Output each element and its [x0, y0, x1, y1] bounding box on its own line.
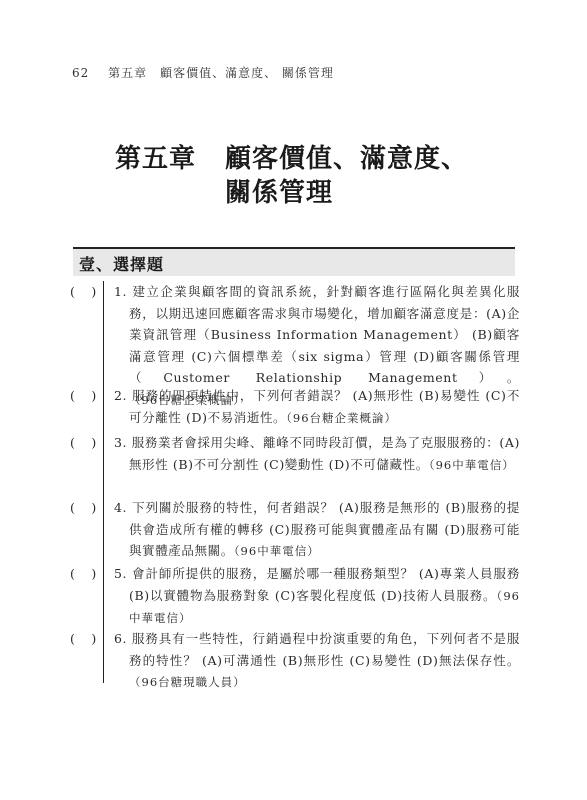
question-body: 3. 服務業者會採用尖峰、離峰不同時段訂價，是為了克服服務的：(A)無形性 (B…: [114, 432, 520, 476]
running-header: 62 第五章 顧客價值、滿意度、 關係管理: [72, 64, 334, 81]
question-number: 1.: [114, 284, 127, 299]
question-source: （96中華電信）: [234, 544, 320, 558]
question-number: 6.: [114, 631, 127, 646]
answer-blank[interactable]: ( ): [70, 628, 98, 650]
question-text: 下列關於服務的特性，何者錯誤？ (A)服務是無形的 (B)服務的提供會造成所有權…: [129, 500, 520, 558]
chapter-number: 第五章: [115, 142, 225, 176]
question-body: 5. 會計師所提供的服務，是屬於哪一種服務類型？ (A)專業人員服務 (B)以實…: [114, 563, 520, 630]
question-body: 2. 服務的四項特性中，下列何者錯誤？ (A)無形性 (B)易變性 (C)不可分…: [114, 385, 520, 429]
question-number: 2.: [114, 388, 127, 403]
question-text: 建立企業與顧客間的資訊系統，針對顧客進行區隔化與差異化服務，以期迅速回應顧客需求…: [129, 284, 520, 385]
answer-blank[interactable]: ( ): [70, 385, 98, 407]
question-item-5: ( ) 5. 會計師所提供的服務，是屬於哪一種服務類型？ (A)專業人員服務 (…: [70, 563, 520, 630]
question-body: 4. 下列關於服務的特性，何者錯誤？ (A)服務是無形的 (B)服務的提供會造成…: [114, 497, 520, 563]
question-number: 5.: [114, 566, 127, 581]
answer-blank[interactable]: ( ): [70, 281, 98, 303]
chapter-title-line1: 第五章顧客價值、滿意度、: [115, 142, 468, 176]
question-body: 6. 服務具有一些特性，行銷過程中扮演重要的角色，下列何者不是服務的特性？ (A…: [114, 628, 520, 694]
chapter-title-text-1: 顧客價值、滿意度、: [225, 144, 468, 174]
answer-blank[interactable]: ( ): [70, 432, 98, 454]
answer-blank[interactable]: ( ): [70, 563, 98, 585]
running-header-text: 第五章 顧客價值、滿意度、 關係管理: [108, 66, 334, 80]
question-source: （96台糖企業概論）: [286, 411, 397, 425]
chapter-title: 第五章顧客價值、滿意度、 關係管理: [115, 142, 468, 210]
answer-blank[interactable]: ( ): [70, 497, 98, 519]
question-number: 3.: [114, 435, 127, 450]
question-text: 服務具有一些特性，行銷過程中扮演重要的角色，下列何者不是服務的特性？ (A)可溝…: [129, 631, 520, 668]
question-source: （96台糖現職人員）: [129, 675, 246, 689]
question-item-2: ( ) 2. 服務的四項特性中，下列何者錯誤？ (A)無形性 (B)易變性 (C…: [70, 385, 520, 429]
question-source: （96中華電信）: [429, 458, 515, 472]
question-number: 4.: [114, 500, 127, 515]
question-item-4: ( ) 4. 下列關於服務的特性，何者錯誤？ (A)服務是無形的 (B)服務的提…: [70, 497, 520, 563]
question-text: 會計師所提供的服務，是屬於哪一種服務類型？ (A)專業人員服務 (B)以實體物為…: [129, 566, 520, 603]
section-header: 壹、選擇題: [73, 247, 515, 276]
section-title: 壹、選擇題: [79, 252, 164, 275]
question-item-3: ( ) 3. 服務業者會採用尖峰、離峰不同時段訂價，是為了克服服務的：(A)無形…: [70, 432, 520, 476]
question-item-6: ( ) 6. 服務具有一些特性，行銷過程中扮演重要的角色，下列何者不是服務的特性…: [70, 628, 520, 694]
page-number: 62: [72, 66, 89, 80]
chapter-title-line2: 關係管理: [115, 176, 468, 210]
